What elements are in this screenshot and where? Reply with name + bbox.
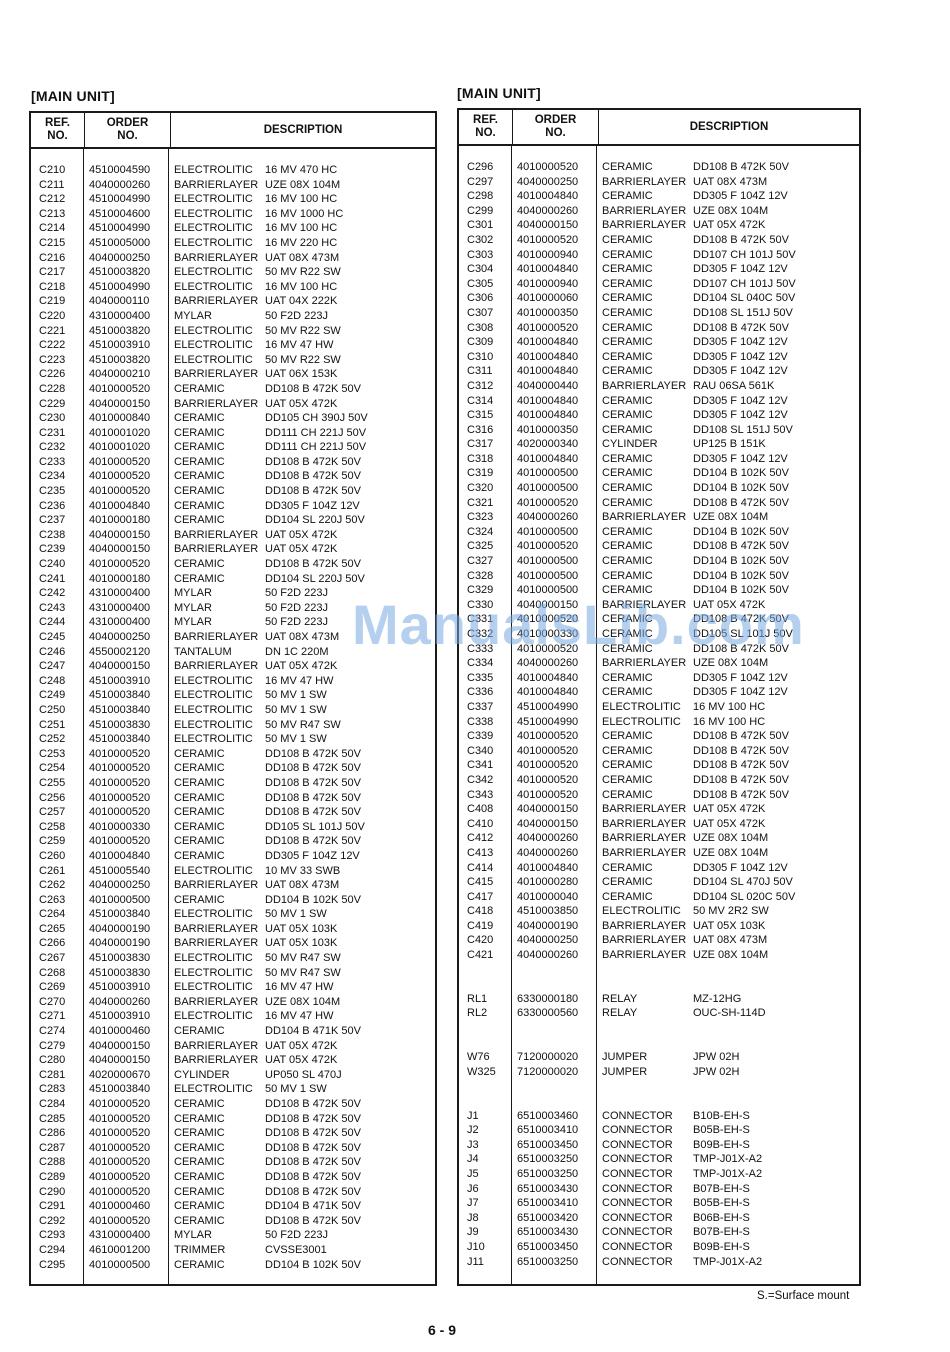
order-no-cell: 4610001200 xyxy=(84,1243,168,1258)
component-spec: 50 MV R47 SW xyxy=(265,951,341,966)
ref-no-cell: C216 xyxy=(31,251,83,266)
description-cell: CERAMICDD104 SL 020C 50V xyxy=(597,890,859,905)
order-no-cell: 4510003840 xyxy=(84,703,168,718)
order-no-cell: 4010000060 xyxy=(512,291,596,306)
component-spec: UAT 05X 472K xyxy=(265,528,337,543)
component-type: CONNECTOR xyxy=(602,1138,693,1153)
description-cell: CERAMICDD108 B 472K 50V xyxy=(169,747,435,762)
component-type: CERAMIC xyxy=(174,513,265,528)
ref-no-cell: C297 xyxy=(459,175,511,190)
ref-no-cell: C230 xyxy=(31,411,83,426)
component-spec: DD108 B 472K 50V xyxy=(265,761,361,776)
component-type: BARRIERLAYER xyxy=(602,510,693,525)
order-no-cell: 6510003250 xyxy=(512,1167,596,1182)
component-spec: JPW 02H xyxy=(693,1050,739,1065)
order-no-cell: 4010000520 xyxy=(512,612,596,627)
ref-no-cell: C212 xyxy=(31,192,83,207)
component-type: ELECTROLITIC xyxy=(174,864,265,879)
component-type: CERAMIC xyxy=(602,394,693,409)
ref-no-cell: C418 xyxy=(459,904,511,919)
order-no-cell: 4040000190 xyxy=(84,936,168,951)
component-type: BARRIERLAYER xyxy=(174,630,265,645)
ref-no-cell: C233 xyxy=(31,455,83,470)
ref-no-cell: C321 xyxy=(459,496,511,511)
ref-no-cell: C332 xyxy=(459,627,511,642)
order-no-cell: 4040000260 xyxy=(84,178,168,193)
component-type: BARRIERLAYER xyxy=(602,379,693,394)
order-no-cell: 4010000500 xyxy=(84,893,168,908)
description-cell: CERAMICDD108 B 472K 50V xyxy=(169,1126,435,1141)
description-cell: BARRIERLAYERUAT 05X 103K xyxy=(597,919,859,934)
component-spec: 50 MV R47 SW xyxy=(265,966,341,981)
order-no-cell: 4010000840 xyxy=(84,411,168,426)
order-no-cell: 4040000260 xyxy=(512,831,596,846)
component-type: CERAMIC xyxy=(602,321,693,336)
component-type: CERAMIC xyxy=(602,744,693,759)
ref-no-cell: C217 xyxy=(31,265,83,280)
order-no-cell: 4010000520 xyxy=(512,233,596,248)
order-no-cell: 6330000180 xyxy=(512,992,596,1007)
ref-no-cell: C285 xyxy=(31,1112,83,1127)
description-cell: BARRIERLAYERUZE 08X 104M xyxy=(597,204,859,219)
description-cell: CERAMICDD111 CH 221J 50V xyxy=(169,440,435,455)
order-no-cell: 4010004840 xyxy=(512,671,596,686)
header-ref-no: REF.NO. xyxy=(459,110,513,144)
component-spec: UAT 05X 472K xyxy=(693,218,765,233)
description-cell: BARRIERLAYERUZE 08X 104M xyxy=(597,846,859,861)
description-cell: CERAMICDD108 B 472K 50V xyxy=(169,1170,435,1185)
ref-no-cell: C296 xyxy=(459,160,511,175)
header-description: DESCRIPTION xyxy=(599,110,859,144)
order-no-cell: 4510003840 xyxy=(84,732,168,747)
component-type: CERAMIC xyxy=(174,805,265,820)
order-no-cell xyxy=(512,1094,596,1109)
description-cell: CERAMICDD108 B 472K 50V xyxy=(597,642,859,657)
component-type: CERAMIC xyxy=(602,729,693,744)
description-cell: MYLAR50 F2D 223J xyxy=(169,615,435,630)
description-cell: CERAMICDD108 SL 151J 50V xyxy=(597,306,859,321)
description-cell: ELECTROLITIC16 MV 1000 HC xyxy=(169,207,435,222)
description-cell: CERAMICDD305 F 104Z 12V xyxy=(597,189,859,204)
component-spec: 50 F2D 223J xyxy=(265,586,328,601)
component-spec: 50 F2D 223J xyxy=(265,309,328,324)
component-type: CERAMIC xyxy=(602,773,693,788)
order-no-cell: 4040000190 xyxy=(512,919,596,934)
order-no-cell: 4010000520 xyxy=(512,773,596,788)
description-cell: CERAMICDD305 F 104Z 12V xyxy=(597,861,859,876)
order-no-cell: 4040000440 xyxy=(512,379,596,394)
description-cell: ELECTROLITIC50 MV 1 SW xyxy=(169,732,435,747)
ref-no-cell: C237 xyxy=(31,513,83,528)
component-spec: DD108 B 472K 50V xyxy=(265,455,361,470)
component-spec: DD105 SL 101J 50V xyxy=(265,820,365,835)
order-no-cell: 4510003910 xyxy=(84,338,168,353)
component-spec: UAT 08X 473M xyxy=(693,175,767,190)
ref-no-cell: C249 xyxy=(31,688,83,703)
ref-no-cell: C327 xyxy=(459,554,511,569)
component-type: CERAMIC xyxy=(602,758,693,773)
component-spec: DD108 B 472K 50V xyxy=(265,1097,361,1112)
component-type: CERAMIC xyxy=(602,189,693,204)
component-spec: UZE 08X 104M xyxy=(693,204,768,219)
component-type: CERAMIC xyxy=(602,306,693,321)
component-spec: DD108 B 472K 50V xyxy=(693,496,789,511)
component-type: CERAMIC xyxy=(174,893,265,908)
component-spec: DD108 B 472K 50V xyxy=(693,160,789,175)
component-type: CERAMIC xyxy=(174,747,265,762)
description-cell: JUMPERJPW 02H xyxy=(597,1065,859,1080)
component-spec: DD105 SL 101J 50V xyxy=(693,627,793,642)
description-cell: CONNECTORB05B-EH-S xyxy=(597,1196,859,1211)
order-no-cell: 4040000210 xyxy=(84,367,168,382)
description-cell: CERAMICDD108 B 472K 50V xyxy=(597,612,859,627)
description-cell: CERAMICDD108 B 472K 50V xyxy=(597,160,859,175)
description-cell: BARRIERLAYERUAT 06X 153K xyxy=(169,367,435,382)
component-type: CERAMIC xyxy=(602,525,693,540)
ref-no-cell: C271 xyxy=(31,1009,83,1024)
component-spec: UZE 08X 104M xyxy=(265,178,340,193)
order-no-cell: 4040000260 xyxy=(84,995,168,1010)
ref-no-cell: J1 xyxy=(459,1109,511,1124)
order-no-cell: 4010000520 xyxy=(512,496,596,511)
component-type: RELAY xyxy=(602,992,693,1007)
component-spec: DD305 F 104Z 12V xyxy=(693,262,788,277)
description-cell: CERAMICDD108 B 472K 50V xyxy=(597,758,859,773)
table-header: REF.NO. ORDERNO. DESCRIPTION xyxy=(459,110,859,146)
component-type: BARRIERLAYER xyxy=(174,936,265,951)
component-type: CERAMIC xyxy=(174,411,265,426)
ref-no-cell: C410 xyxy=(459,817,511,832)
component-spec: DD107 CH 101J 50V xyxy=(693,248,796,263)
ref-no-cell: C260 xyxy=(31,849,83,864)
order-no-cell: 4040000260 xyxy=(512,510,596,525)
description-cell: ELECTROLITIC16 MV 470 HC xyxy=(169,163,435,178)
component-spec: UZE 08X 104M xyxy=(693,948,768,963)
description-cell xyxy=(597,1094,859,1109)
component-spec: DD108 B 472K 50V xyxy=(265,1170,361,1185)
description-cell: CERAMICDD108 B 472K 50V xyxy=(169,469,435,484)
description-cell: ELECTROLITIC50 MV R22 SW xyxy=(169,324,435,339)
header-description: DESCRIPTION xyxy=(171,113,435,147)
description-cell: ELECTROLITIC50 MV R22 SW xyxy=(169,265,435,280)
ref-no-cell: C280 xyxy=(31,1053,83,1068)
component-spec: DD108 SL 151J 50V xyxy=(693,306,793,321)
component-spec: UP050 SL 470J xyxy=(265,1068,342,1083)
component-type: ELECTROLITIC xyxy=(174,1009,265,1024)
component-type: CERAMIC xyxy=(174,382,265,397)
order-no-cell: 4510003820 xyxy=(84,265,168,280)
description-cell xyxy=(597,963,859,978)
description-cell: CERAMICDD108 B 472K 50V xyxy=(169,805,435,820)
description-cell: CONNECTORB05B-EH-S xyxy=(597,1123,859,1138)
component-type: ELECTROLITIC xyxy=(174,338,265,353)
ref-no-cell: C244 xyxy=(31,615,83,630)
order-no-cell: 4510003840 xyxy=(84,907,168,922)
component-type: CERAMIC xyxy=(174,557,265,572)
component-spec: UAT 05X 103K xyxy=(693,919,765,934)
order-no-cell: 4010000520 xyxy=(84,382,168,397)
component-spec: DD108 B 472K 50V xyxy=(265,557,361,572)
order-no-cell: 6330000560 xyxy=(512,1006,596,1021)
component-type: CERAMIC xyxy=(602,539,693,554)
component-spec: TMP-J01X-A2 xyxy=(693,1167,762,1182)
ref-no-cell: C267 xyxy=(31,951,83,966)
component-spec: DD104 SL 470J 50V xyxy=(693,875,793,890)
component-type: CERAMIC xyxy=(174,469,265,484)
description-cell: BARRIERLAYERRAU 06SA 561K xyxy=(597,379,859,394)
ref-no-cell: C245 xyxy=(31,630,83,645)
component-type: CERAMIC xyxy=(174,1199,265,1214)
component-spec: 50 MV 1 SW xyxy=(265,688,327,703)
order-no-cell: 4010004840 xyxy=(512,861,596,876)
component-type: BARRIERLAYER xyxy=(602,802,693,817)
component-spec: DD104 B 102K 50V xyxy=(265,893,361,908)
ref-no-cell xyxy=(459,1036,511,1051)
order-no-cell: 4040000250 xyxy=(84,251,168,266)
description-cell: CERAMICDD108 B 472K 50V xyxy=(169,834,435,849)
ref-no-cell: C287 xyxy=(31,1141,83,1156)
description-cell: CERAMICDD104 B 102K 50V xyxy=(169,1258,435,1273)
ref-no-cell: C324 xyxy=(459,525,511,540)
component-spec: 16 MV 100 HC xyxy=(693,700,765,715)
component-spec: DD108 B 472K 50V xyxy=(265,1141,361,1156)
component-spec: DD104 SL 040C 50V xyxy=(693,291,795,306)
order-no-cell: 4040000150 xyxy=(512,218,596,233)
component-type: CERAMIC xyxy=(602,277,693,292)
ref-no-cell: C255 xyxy=(31,776,83,791)
component-spec: DD305 F 104Z 12V xyxy=(693,408,788,423)
component-type: CERAMIC xyxy=(174,834,265,849)
description-cell: CERAMICDD111 CH 221J 50V xyxy=(169,426,435,441)
component-spec: DD104 SL 020C 50V xyxy=(693,890,795,905)
component-spec: DD305 F 104Z 12V xyxy=(693,189,788,204)
component-spec: JPW 02H xyxy=(693,1065,739,1080)
component-spec: DD108 B 472K 50V xyxy=(265,791,361,806)
description-cell xyxy=(597,977,859,992)
ref-no-cell: C211 xyxy=(31,178,83,193)
order-no-cell: 4550002120 xyxy=(84,645,168,660)
order-no-cell: 4010000350 xyxy=(512,423,596,438)
component-type: CERAMIC xyxy=(174,455,265,470)
description-cell xyxy=(597,1036,859,1051)
component-spec: DD108 B 472K 50V xyxy=(693,758,789,773)
order-no-cell xyxy=(512,1021,596,1036)
component-spec: B07B-EH-S xyxy=(693,1225,750,1240)
component-type: CONNECTOR xyxy=(602,1182,693,1197)
ref-no-cell: C331 xyxy=(459,612,511,627)
order-no-cell: 4010000520 xyxy=(84,484,168,499)
description-cell: CERAMICDD305 F 104Z 12V xyxy=(597,452,859,467)
component-spec: DD104 B 102K 50V xyxy=(693,481,789,496)
order-no-cell: 4010000500 xyxy=(512,583,596,598)
component-spec: B07B-EH-S xyxy=(693,1182,750,1197)
component-spec: UAT 06X 153K xyxy=(265,367,337,382)
component-spec: 50 MV 1 SW xyxy=(265,907,327,922)
component-spec: DD305 F 104Z 12V xyxy=(693,671,788,686)
order-no-cell xyxy=(512,1079,596,1094)
ref-no-cell: C301 xyxy=(459,218,511,233)
order-no-cell: 4010000520 xyxy=(512,160,596,175)
order-no-cell: 4510004590 xyxy=(84,163,168,178)
ref-no-cell: C279 xyxy=(31,1039,83,1054)
order-no-cell: 4040000260 xyxy=(512,846,596,861)
description-cell: CERAMICDD305 F 104Z 12V xyxy=(597,364,859,379)
ref-no-cell: C236 xyxy=(31,499,83,514)
description-cell: RELAYMZ-12HG xyxy=(597,992,859,1007)
ref-no-cell: C290 xyxy=(31,1185,83,1200)
ref-no-cell: C339 xyxy=(459,729,511,744)
ref-no-cell: C291 xyxy=(31,1199,83,1214)
ref-no-cell: C312 xyxy=(459,379,511,394)
ref-no-cell: C248 xyxy=(31,674,83,689)
component-spec: 50 MV 1 SW xyxy=(265,732,327,747)
component-type: BARRIERLAYER xyxy=(602,817,693,832)
order-no-cell: 4010000500 xyxy=(512,525,596,540)
ref-no-cell: C420 xyxy=(459,933,511,948)
ref-no-cell: C333 xyxy=(459,642,511,657)
component-spec: 16 MV 220 HC xyxy=(265,236,337,251)
order-no-cell: 4310000400 xyxy=(84,586,168,601)
component-type: ELECTROLITIC xyxy=(174,324,265,339)
description-cell: BARRIERLAYERUAT 05X 472K xyxy=(169,542,435,557)
description-cell: ELECTROLITIC50 MV 2R2 SW xyxy=(597,904,859,919)
order-no-cell xyxy=(512,963,596,978)
component-type: CERAMIC xyxy=(174,1214,265,1229)
ref-no-cell: C252 xyxy=(31,732,83,747)
component-type: ELECTROLITIC xyxy=(602,715,693,730)
description-cell: BARRIERLAYERUAT 05X 103K xyxy=(169,936,435,951)
order-no-cell: 6510003420 xyxy=(512,1211,596,1226)
description-cell: CONNECTORB09B-EH-S xyxy=(597,1138,859,1153)
ref-no-cell: C308 xyxy=(459,321,511,336)
component-spec: DD305 F 104Z 12V xyxy=(693,350,788,365)
description-cell: CERAMICDD108 B 472K 50V xyxy=(597,729,859,744)
component-spec: DD305 F 104Z 12V xyxy=(265,849,360,864)
component-type: ELECTROLITIC xyxy=(174,674,265,689)
order-no-cell: 4010000180 xyxy=(84,513,168,528)
ref-no-cell xyxy=(459,1094,511,1109)
order-no-cell: 4040000150 xyxy=(84,528,168,543)
order-no-cell: 4010004840 xyxy=(84,849,168,864)
order-no-cell: 4010000330 xyxy=(512,627,596,642)
description-cell: CERAMICDD107 CH 101J 50V xyxy=(597,248,859,263)
ref-no-cell: C337 xyxy=(459,700,511,715)
description-cell: CERAMICDD108 B 472K 50V xyxy=(169,1155,435,1170)
ref-no-cell: C238 xyxy=(31,528,83,543)
ref-no-cell: C302 xyxy=(459,233,511,248)
ref-no-cell: C289 xyxy=(31,1170,83,1185)
component-type: CERAMIC xyxy=(174,1112,265,1127)
description-cell: CERAMICDD305 F 104Z 12V xyxy=(597,671,859,686)
order-no-cell: 4010000460 xyxy=(84,1199,168,1214)
order-no-cell: 4010000520 xyxy=(84,761,168,776)
component-type: MYLAR xyxy=(174,586,265,601)
description-cell xyxy=(597,1021,859,1036)
order-no-cell: 4010000520 xyxy=(512,744,596,759)
order-no-cell: 4510003840 xyxy=(84,688,168,703)
component-type: BARRIERLAYER xyxy=(174,1053,265,1068)
ref-no-cell: C243 xyxy=(31,601,83,616)
order-no-cell: 6510003250 xyxy=(512,1255,596,1270)
order-no-cell: 4010000520 xyxy=(84,1170,168,1185)
ref-no-cell: C412 xyxy=(459,831,511,846)
description-cell: BARRIERLAYERUAT 08X 473M xyxy=(169,630,435,645)
order-no-cell: 4510003910 xyxy=(84,674,168,689)
component-spec: UZE 08X 104M xyxy=(693,831,768,846)
order-no-cell: 4020000670 xyxy=(84,1068,168,1083)
component-spec: DD108 B 472K 50V xyxy=(693,744,789,759)
order-no-cell: 4010000520 xyxy=(84,1126,168,1141)
order-no-cell: 4040000150 xyxy=(84,397,168,412)
component-type: CERAMIC xyxy=(174,1155,265,1170)
component-type: CERAMIC xyxy=(602,248,693,263)
component-type: CERAMIC xyxy=(602,890,693,905)
component-type: CERAMIC xyxy=(174,1024,265,1039)
component-type: CONNECTOR xyxy=(602,1196,693,1211)
component-type: BARRIERLAYER xyxy=(174,528,265,543)
component-spec: 50 MV 2R2 SW xyxy=(693,904,769,919)
table-header: REF.NO. ORDERNO. DESCRIPTION xyxy=(31,113,435,149)
order-no-cell: 4510003830 xyxy=(84,718,168,733)
component-spec: DD305 F 104Z 12V xyxy=(693,861,788,876)
ref-no-cell: C221 xyxy=(31,324,83,339)
component-type: ELECTROLITIC xyxy=(174,951,265,966)
order-no-cell: 4010001020 xyxy=(84,440,168,455)
ref-no-cell: J7 xyxy=(459,1196,511,1211)
order-no-cell: 4040000250 xyxy=(512,175,596,190)
component-type: ELECTROLITIC xyxy=(174,353,265,368)
component-type: BARRIERLAYER xyxy=(174,878,265,893)
component-spec: 50 F2D 223J xyxy=(265,1228,328,1243)
component-spec: DD108 B 472K 50V xyxy=(693,788,789,803)
component-spec: 50 MV R47 SW xyxy=(265,718,341,733)
order-no-cell: 4010000500 xyxy=(512,481,596,496)
description-cell: BARRIERLAYERUAT 05X 472K xyxy=(597,598,859,613)
component-type: ELECTROLITIC xyxy=(174,207,265,222)
component-spec: UZE 08X 104M xyxy=(693,846,768,861)
order-no-cell: 4310000400 xyxy=(84,1228,168,1243)
component-spec: DD108 B 472K 50V xyxy=(265,1214,361,1229)
ref-no-cell: C261 xyxy=(31,864,83,879)
ref-no-cell: C335 xyxy=(459,671,511,686)
component-spec: DD108 B 472K 50V xyxy=(265,1126,361,1141)
component-type: CERAMIC xyxy=(174,440,265,455)
component-type: ELECTROLITIC xyxy=(174,280,265,295)
component-spec: B09B-EH-S xyxy=(693,1240,750,1255)
right-parts-table: REF.NO. ORDERNO. DESCRIPTION C296C297C29… xyxy=(457,108,861,1286)
component-spec: UAT 05X 472K xyxy=(693,817,765,832)
component-type: CONNECTOR xyxy=(602,1255,693,1270)
left-section-title: [MAIN UNIT] xyxy=(31,88,115,104)
description-cell: CERAMICDD104 SL 220J 50V xyxy=(169,513,435,528)
description-cell: CONNECTORB09B-EH-S xyxy=(597,1240,859,1255)
component-spec: B05B-EH-S xyxy=(693,1123,750,1138)
description-cell: CERAMICDD104 B 102K 50V xyxy=(597,554,859,569)
component-spec: DD108 B 472K 50V xyxy=(265,805,361,820)
ref-no-cell: C343 xyxy=(459,788,511,803)
ref-no-cell: C325 xyxy=(459,539,511,554)
component-spec: DD305 F 104Z 12V xyxy=(693,335,788,350)
description-cell: ELECTROLITIC16 MV 100 HC xyxy=(169,192,435,207)
order-no-cell: 4040000250 xyxy=(84,630,168,645)
ref-no-cell: C311 xyxy=(459,364,511,379)
order-no-cell: 4510003820 xyxy=(84,353,168,368)
component-type: MYLAR xyxy=(174,309,265,324)
order-no-cell: 4010000940 xyxy=(512,277,596,292)
order-no-cell: 4510004990 xyxy=(84,280,168,295)
description-cell: MYLAR50 F2D 223J xyxy=(169,1228,435,1243)
component-type: CERAMIC xyxy=(174,1170,265,1185)
